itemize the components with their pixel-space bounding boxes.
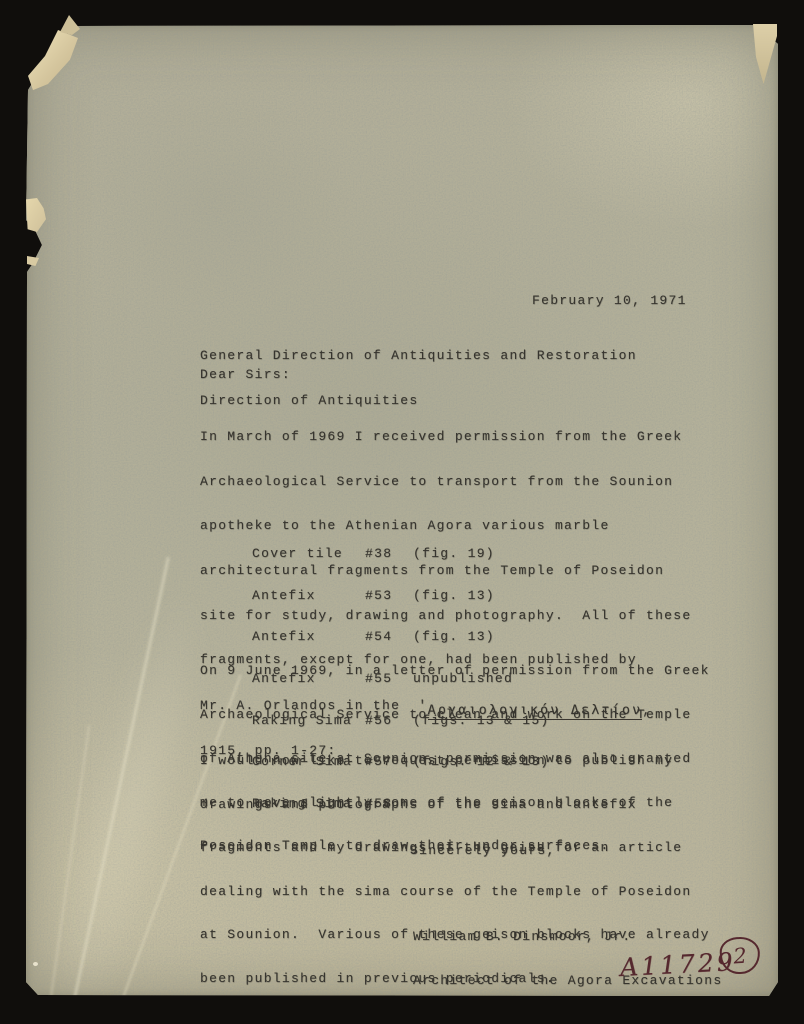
recipient-line-1: General Direction of Antiquities and Res… <box>200 349 637 364</box>
body-line: On 9 June 1969, in a letter of permissio… <box>200 664 710 679</box>
page-number: 2 <box>732 943 747 968</box>
fragment-row: Antefix#53(fig. 13) <box>252 589 550 603</box>
fragment-number: #53 <box>365 589 413 603</box>
body-line: Archaeological Service to clean and work… <box>200 708 710 723</box>
fragment-item: Cover tile <box>252 547 365 561</box>
archive-number-annotation: A11729 <box>619 947 736 982</box>
signature-name: William B. Dinsmoor, Jr. <box>413 930 722 945</box>
salutation: Dear Sirs: <box>200 368 291 383</box>
fragment-row: Cover tile#38(fig. 19) <box>252 547 550 561</box>
body-line: Archaeological Service to transport from… <box>200 475 691 490</box>
fragment-note: (fig. 19) <box>413 547 495 561</box>
paper-crease-line <box>48 725 90 1012</box>
letter-paper: February 10, 1971 General Direction of A… <box>26 24 778 996</box>
fragment-number: #38 <box>365 547 413 561</box>
scanned-letter-page: February 10, 1971 General Direction of A… <box>0 0 804 1024</box>
letter-date: February 10, 1971 <box>532 294 687 309</box>
paper-crease-line <box>69 557 170 1017</box>
closing: Sincerely yours, <box>410 844 556 859</box>
fragment-item: Antefix <box>252 589 365 603</box>
body-line: I would now like to request permission t… <box>200 754 710 769</box>
body-line: dealing with the sima course of the Temp… <box>200 885 710 900</box>
body-line: In March of 1969 I received permission f… <box>200 430 691 445</box>
body-line: drawings and photographs of the sima and… <box>200 798 710 813</box>
fragment-note: (fig. 13) <box>413 589 495 603</box>
